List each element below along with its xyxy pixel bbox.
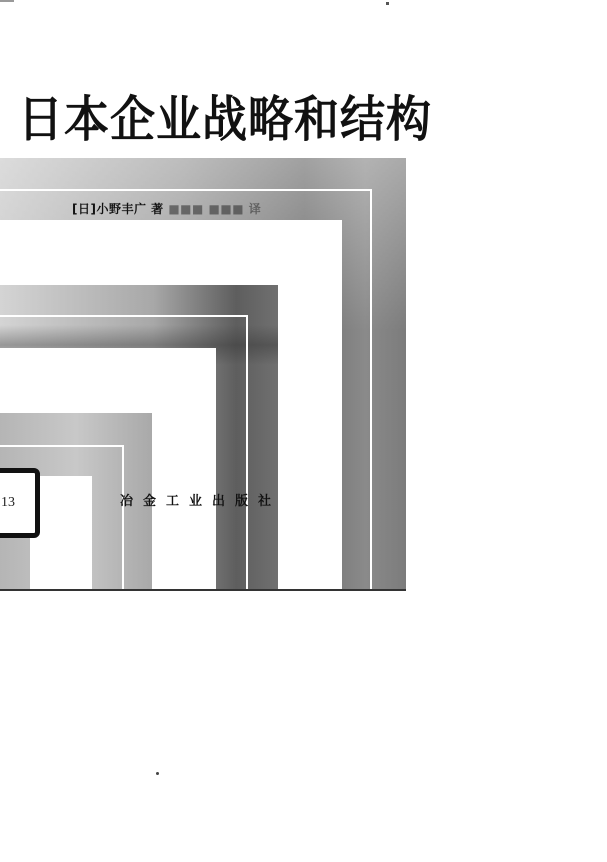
call-number-text: 13 [1,495,15,511]
cover-bottom-edge [0,589,406,591]
scan-speck [156,772,159,775]
cover-artwork [0,158,406,590]
scan-artifact [0,0,14,2]
scan-artifact [386,2,389,5]
author-line: [日]小野丰广 著 ■■■ ■■■ 译 [72,200,261,217]
author-name: [日]小野丰广 著 [72,202,164,216]
publisher-name: 冶金工业出版社 [120,490,281,509]
book-title: 日本企业战略和结构 [18,80,432,150]
translator-names: ■■■ ■■■ 译 [168,202,261,216]
call-number-label: 13 [0,468,40,538]
